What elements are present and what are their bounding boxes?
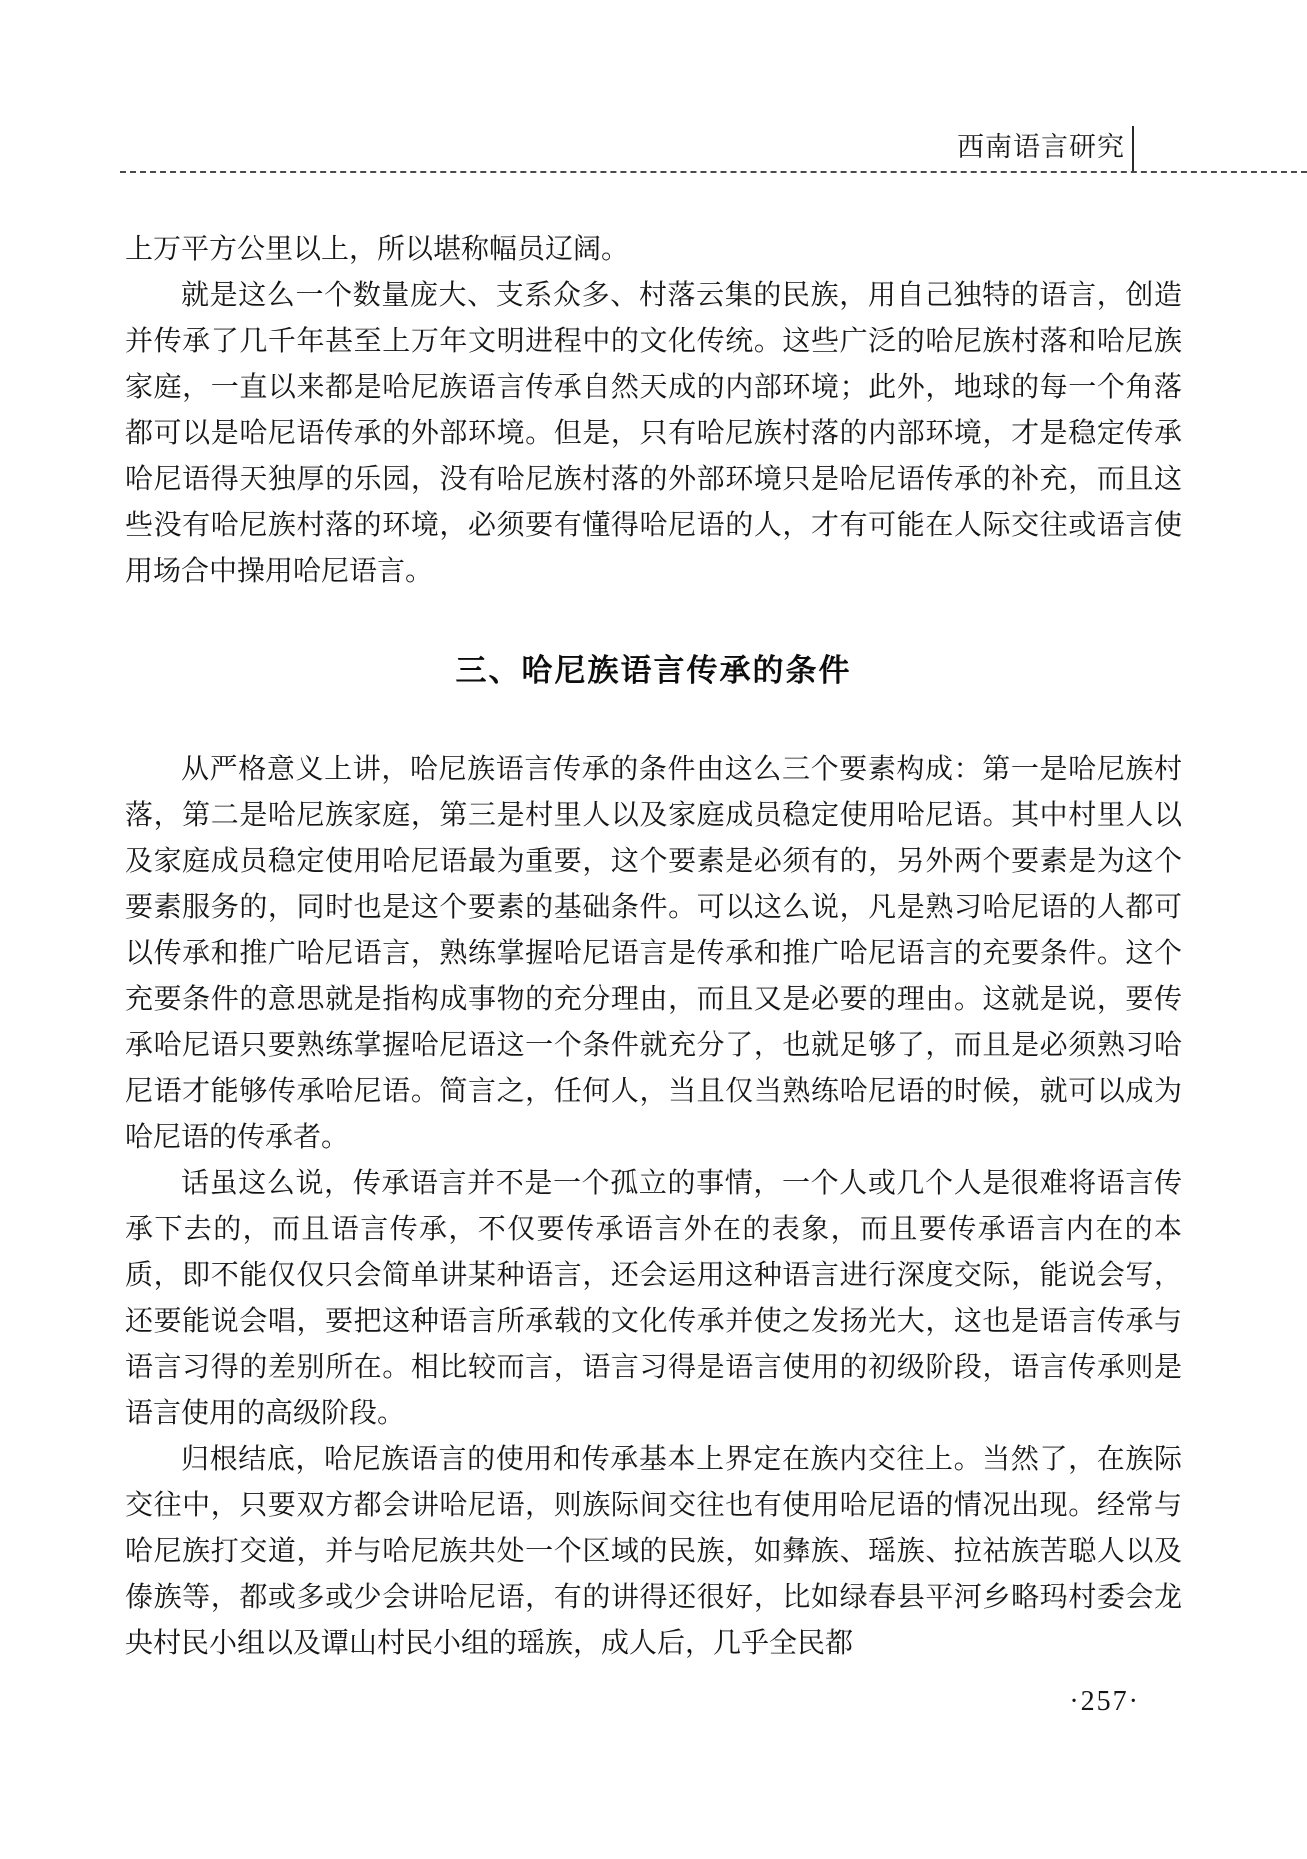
running-head-title: 西南语言研究	[957, 128, 1125, 166]
paragraph-1: 就是这么一个数量庞大、支系众多、村落云集的民族，用自己独特的语言，创造并传承了几…	[125, 273, 1182, 595]
paragraph-continuation: 上万平方公里以上，所以堪称幅员辽阔。	[125, 227, 1182, 273]
page-number: ·257·	[1069, 1685, 1140, 1719]
header-dashed-rule	[120, 171, 1307, 173]
paragraph-3: 话虽这么说，传承语言并不是一个孤立的事情，一个人或几个人是很难将语言传承下去的，…	[125, 1161, 1182, 1437]
page-body: 上万平方公里以上，所以堪称幅员辽阔。 就是这么一个数量庞大、支系众多、村落云集的…	[125, 227, 1182, 1667]
document-page: 西南语言研究 上万平方公里以上，所以堪称幅员辽阔。 就是这么一个数量庞大、支系众…	[0, 0, 1307, 1859]
paragraph-4: 归根结底，哈尼族语言的使用和传承基本上界定在族内交往上。当然了，在族际交往中，只…	[125, 1437, 1182, 1667]
header-vertical-rule	[1132, 126, 1134, 172]
paragraph-2: 从严格意义上讲，哈尼族语言传承的条件由这么三个要素构成：第一是哈尼族村落，第二是…	[125, 747, 1182, 1161]
section-heading: 三、哈尼族语言传承的条件	[125, 648, 1182, 694]
